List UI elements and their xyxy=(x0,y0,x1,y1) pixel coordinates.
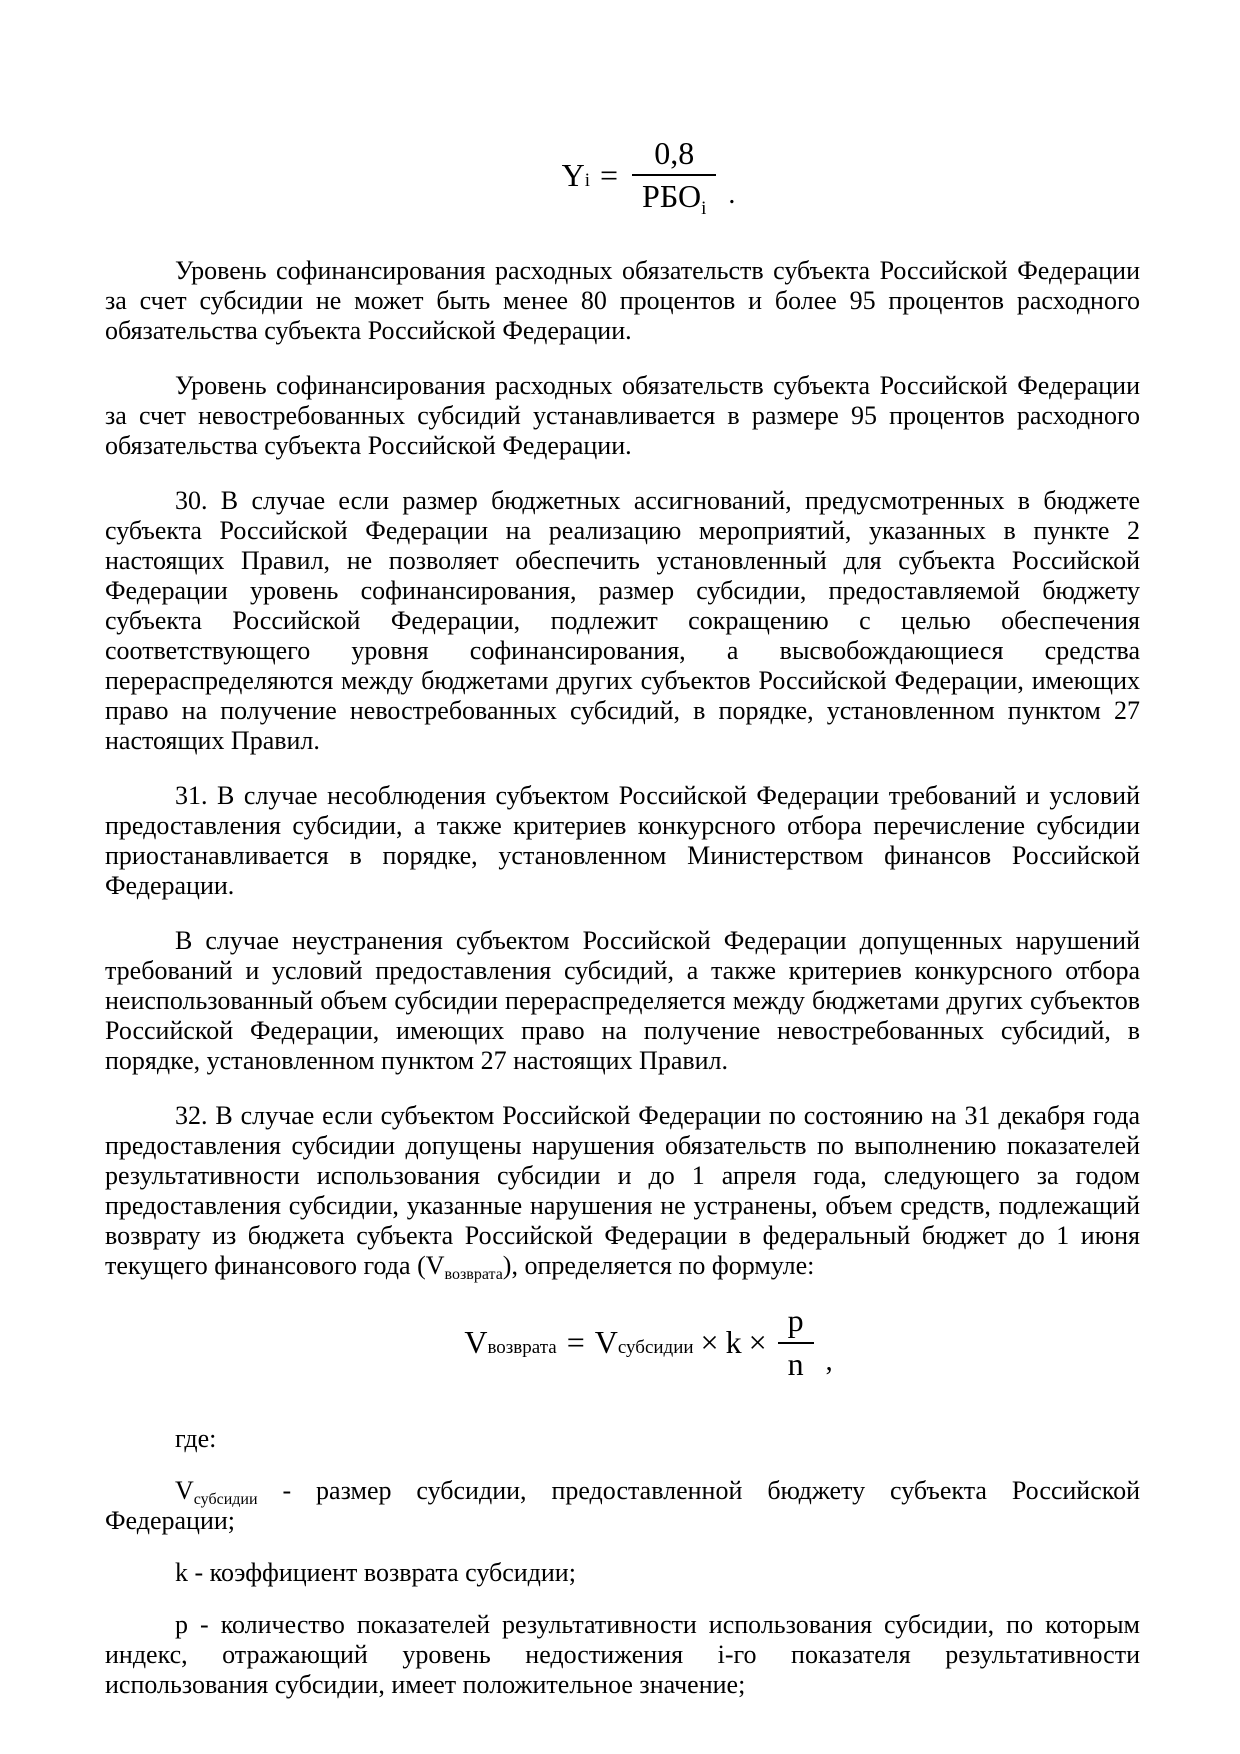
paragraph-item-30: 30. В случае если размер бюджетных ассиг… xyxy=(105,486,1140,756)
formula2-lhs-base: V xyxy=(464,1325,487,1360)
formula1-numerator: 0,8 xyxy=(644,136,704,174)
p32-subscript-vozvrata: возврата xyxy=(445,1266,503,1283)
formula2-rhs-subsidy: Vсубсидии xyxy=(595,1325,694,1360)
paragraph-item-31: 31. В случае несоблюдения субъектом Росс… xyxy=(105,781,1140,901)
formula-ui-level: Yi = 0,8 РБОi . xyxy=(131,136,1166,214)
formula1-denominator: РБОi xyxy=(632,174,716,214)
formula2-equals-sign: = xyxy=(567,1325,585,1360)
where-label: где: xyxy=(105,1424,1140,1454)
formula2-multiply-sign-1: × xyxy=(701,1325,719,1360)
paragraph-cofinancing-level-95: Уровень софинансирования расходных обяза… xyxy=(105,371,1140,461)
formula2-lhs: Vвозврата xyxy=(464,1325,556,1360)
formula2-coefficient-k: k xyxy=(726,1325,742,1360)
definition-p: p - количество показателей результативно… xyxy=(105,1610,1140,1700)
formula2-fraction-numerator: p xyxy=(778,1303,814,1341)
paragraph-item-32: 32. В случае если субъектом Российской Ф… xyxy=(105,1101,1140,1281)
formula-return-volume: Vвозврата = Vсубсидии × k × p n , xyxy=(131,1303,1166,1381)
document-content: Yi = 0,8 РБОi . Уровень софинансирования… xyxy=(0,0,1240,1700)
formula2-rhs-base: V xyxy=(595,1325,618,1360)
definition-k: k - коэффициент возврата субсидии; xyxy=(105,1558,1140,1588)
definition-v-text: - размер субсидии, предоставленной бюдже… xyxy=(105,1476,1140,1535)
formula2-multiply-sign-2: × xyxy=(749,1325,767,1360)
formula1-lhs-base: Y xyxy=(562,158,585,193)
formula2-comma: , xyxy=(826,1347,833,1382)
formula1-equals-sign: = xyxy=(600,158,618,193)
formula1-fraction: 0,8 РБОi xyxy=(632,136,716,214)
definition-v-subsidii: Vсубсидии - размер субсидии, предоставле… xyxy=(105,1476,1140,1536)
formula1-period: . xyxy=(728,180,735,215)
paragraph-item-31-unresolved: В случае неустранения субъектом Российск… xyxy=(105,926,1140,1076)
formula1-denominator-subscript: i xyxy=(701,198,706,219)
p32-text-after-subscript: ), определяется по формуле: xyxy=(503,1251,815,1280)
definition-v-base: V xyxy=(175,1476,194,1505)
formula2-fraction-denominator: n xyxy=(778,1342,814,1382)
formula2-fraction: p n xyxy=(778,1303,814,1381)
formula1-denominator-base: РБО xyxy=(642,178,701,214)
document-page: Yi = 0,8 РБОi . Уровень софинансирования… xyxy=(0,0,1240,1754)
formula1-lhs: Yi xyxy=(562,158,590,193)
paragraph-cofinancing-level-80-95: Уровень софинансирования расходных обяза… xyxy=(105,256,1140,346)
